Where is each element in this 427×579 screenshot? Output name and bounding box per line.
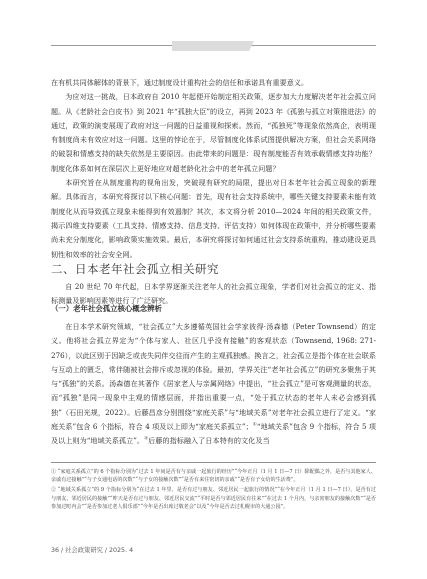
paragraph-continuation: 在有机共同体解体的背景下，通过制度设计重构社会的信任和承诺具有重要意义。 (51, 76, 376, 90)
paragraph-text-c: 后藤的指标融入了日本特有的文化及当 (148, 436, 269, 445)
header-tab-decoration (172, 41, 254, 51)
footnote-text: “地域关系孤立”的 9 个指标分别为“在过去 1 年里，是否有过与朋友、邻近居民… (51, 487, 376, 509)
paragraph-research-aims: 本研究旨在从制度重构的视角出发，突破现有研究的局限，提出对日本老年社会孤立现象的… (51, 176, 376, 262)
section-heading-2: 二、日本老年社会孤立相关研究 (51, 261, 219, 277)
subsection-heading-1: （一）老年社会孤立核心概念辨析 (51, 303, 162, 314)
paragraph-policy-background: 为应对这一挑战，日本政府自 2010 年起便开始制定相关政策，逐步加大力度解决老… (51, 90, 376, 176)
footnotes: ① “家庭关系孤立”的 6 个指标分别为“过去 1 年间是否有与亲戚一起旅行的经… (51, 468, 376, 513)
footnote-separator (51, 462, 376, 463)
footnote-marker: ② (51, 487, 56, 493)
page-footer: 36 / 社会政策研究 / 2025. 4 (51, 545, 133, 554)
footnote-2: ② “地域关系孤立”的 9 个指标分别为“在过去 1 年里，是否有过与朋友、邻近… (51, 486, 376, 511)
paragraph-social-isolation-concept: 在日本学术研究领域，“社会孤立”大多遵循英国社会学家彼得·汤森德（Peter T… (51, 320, 376, 449)
body-text-block-1: 在有机共同体解体的背景下，通过制度设计重构社会的信任和承诺具有重要意义。 为应对… (51, 76, 376, 262)
footnote-text: “家庭关系孤立”的 6 个指标分别为“过去 1 年间是否有与亲戚一起旅行的经历”… (51, 469, 376, 483)
footnote-marker: ① (51, 469, 56, 475)
subsection-1-body: 在日本学术研究领域，“社会孤立”大多遵循英国社会学家彼得·汤森德（Peter T… (51, 320, 376, 449)
footnote-1: ① “家庭关系孤立”的 6 个指标分别为“过去 1 年间是否有与亲戚一起旅行的经… (51, 468, 376, 484)
paragraph-text-a: 在日本学术研究领域，“社会孤立”大多遵循英国社会学家彼得·汤森德（Peter T… (51, 322, 376, 431)
